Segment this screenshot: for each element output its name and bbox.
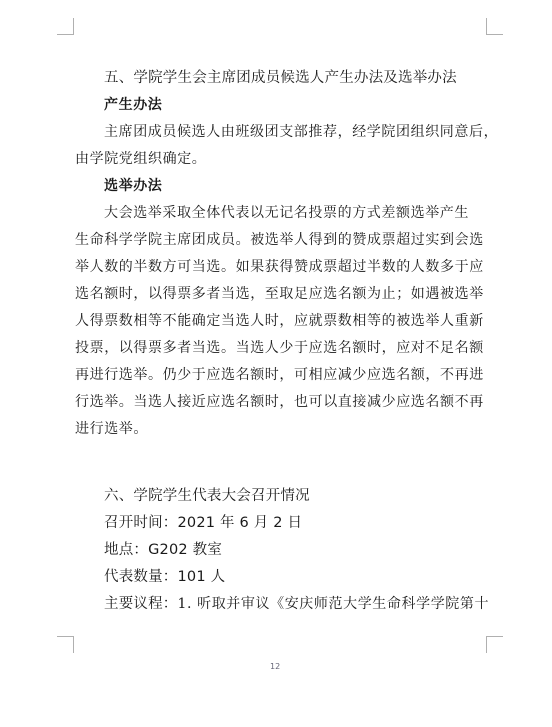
section-6-heading: 六、学院学生代表大会召开情况	[104, 487, 310, 505]
crop-mark-bottom-left	[57, 636, 74, 653]
paragraph-line: 大会选举采取全体代表以无记名投票的方式差额选举产生	[104, 204, 469, 222]
meeting-place: 地点：G202 教室	[104, 541, 222, 559]
paragraph-line: 再进行选举。仍少于应选名额时，可相应减少应选名额，不再进	[75, 366, 484, 384]
paragraph-line: 举人数的半数方可当选。如果获得赞成票超过半数的人数多于应	[75, 258, 484, 276]
meeting-time-value: 2021 年 6 月 2 日	[178, 515, 303, 531]
meeting-time-label: 召开时间：	[104, 515, 178, 531]
paragraph-line: 行选举。当选人接近应选名额时，也可以直接减少应选名额不再	[75, 393, 484, 411]
paragraph-line: 投票，以得票多者当选。当选人少于应选名额时，应对不足名额	[75, 339, 484, 357]
paragraph-line: 主席团成员候选人由班级团支部推荐，经学院团组织同意后，	[104, 123, 498, 141]
subheading-generation-method: 产生办法	[104, 96, 162, 114]
paragraph-line: 生命科学学院主席团成员。被选举人得到的赞成票超过实到会选	[75, 231, 484, 249]
main-agenda-value: 1. 听取并审议《安庆师范大学生命科学学院第十	[178, 596, 490, 612]
meeting-place-label: 地点：	[104, 542, 148, 558]
paragraph-line: 选名额时，以得票多者当选，至取足应选名额为止；如遇被选举	[75, 285, 484, 303]
subheading-election-method: 选举办法	[104, 177, 162, 195]
section-5-heading: 五、学院学生会主席团成员候选人产生办法及选举办法	[104, 69, 457, 87]
crop-mark-bottom-right	[486, 636, 503, 653]
crop-mark-top-right	[486, 18, 503, 35]
paragraph-line: 进行选举。	[75, 420, 148, 438]
meeting-time: 召开时间：2021 年 6 月 2 日	[104, 514, 302, 532]
paragraph-line: 由学院党组织确定。	[75, 150, 206, 168]
main-agenda: 主要议程：1. 听取并审议《安庆师范大学生命科学学院第十	[104, 595, 489, 613]
document-page: 五、学院学生会主席团成员候选人产生办法及选举办法 产生办法 主席团成员候选人由班…	[0, 0, 552, 727]
delegate-count-label: 代表数量：	[104, 569, 178, 585]
meeting-place-value: G202 教室	[148, 542, 222, 558]
delegate-count: 代表数量：101 人	[104, 568, 225, 586]
paragraph-line: 人得票数相等不能确定当选人时，应就票数相等的被选举人重新	[75, 312, 484, 330]
page-number: 12	[270, 662, 280, 671]
delegate-count-value: 101 人	[178, 569, 226, 585]
crop-mark-top-left	[57, 18, 74, 35]
main-agenda-label: 主要议程：	[104, 596, 178, 612]
